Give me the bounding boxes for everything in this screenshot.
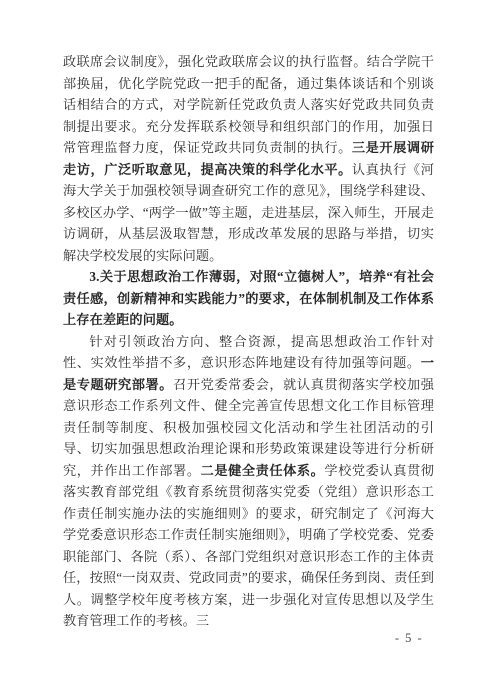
page-number: - 5 - [386,631,432,646]
paragraph: 针对引领政治方向、整合资源，提高思想政治工作针对性、实效性举措不多，意识形态阵地… [63,331,434,632]
paragraph: 3.关于思想政治工作薄弱，对照“立德树人”，培养“有社会责任感，创新精神和实践能… [63,266,434,331]
emphasis-text-segment: 二是健全责任体系。 [201,463,325,478]
paragraph: 政联席会议制度》，强化党政联席会议的执行监督。结合学院干部换届，优化学院党政一把… [63,51,434,266]
document-body: 政联席会议制度》，强化党政联席会议的执行监督。结合学院干部换届，优化学院党政一把… [63,51,434,632]
body-text-segment: 针对引领政治方向、整合资源，提高思想政治工作针对性、实效性举措不多，意识形态阵地… [63,334,434,371]
emphasis-text-segment: 3.关于思想政治工作薄弱，对照“立德树人”，培养“有社会责任感，创新精神和实践能… [63,269,434,327]
body-text-segment: 学校党委认真贯彻落实教育部党组《教育系统贯彻落实党委（党组）意识形态工作责任制实… [63,463,434,629]
document-page: 政联席会议制度》，强化党政联席会议的执行监督。结合学院干部换届，优化学院党政一把… [0,0,493,697]
